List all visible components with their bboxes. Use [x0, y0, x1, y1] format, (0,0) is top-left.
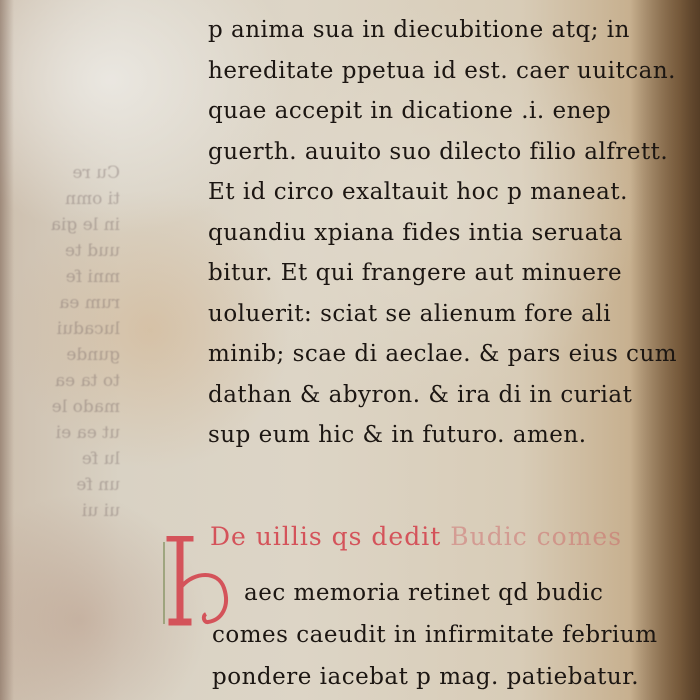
bleed-line: ti omn: [0, 186, 120, 212]
text-line: aec memoria retinet qd budic: [212, 572, 682, 614]
text-line: comes caeudit in infirmitate febrium: [212, 614, 682, 656]
bleed-line: to ta ea: [0, 368, 120, 394]
bleed-line: mni fe: [0, 264, 120, 290]
text-line: sup eum hic & in futuro. amen.: [208, 415, 678, 456]
bleed-line: lucadui: [0, 316, 120, 342]
bleed-line: mado le: [0, 394, 120, 420]
bleed-line: Cu re: [0, 160, 120, 186]
text-line: Et id circo exaltauit hoc p maneat.: [208, 172, 678, 213]
bleed-line: rum ea: [0, 290, 120, 316]
text-line: p anima sua in diecubitione atq; in: [208, 10, 678, 51]
text-line: quae accepit in dicatione .i. enep: [208, 91, 678, 132]
text-line: minib; scae di aeclae. & pars eius cum: [208, 334, 678, 375]
main-text-block: p anima sua in diecubitione atq; in here…: [208, 10, 678, 456]
manuscript-page: Cu re ti omn in le gia uud te mni fe rum…: [0, 0, 700, 700]
bleed-line: uud te: [0, 238, 120, 264]
bleed-line: ut ea ei: [0, 420, 120, 446]
text-line: guerth. auuito suo dilecto filio alfrett…: [208, 132, 678, 173]
text-line: hereditate ppetua id est. caer uuitcan.: [208, 51, 678, 92]
text-line: quandiu xpiana fides intia seruata: [208, 213, 678, 254]
lower-text-block: aec memoria retinet qd budic comes caeud…: [212, 572, 682, 698]
bleed-line: un fe: [0, 472, 120, 498]
text-line: pondere iacebat p mag. patiebatur.: [212, 656, 682, 698]
bleed-through-text: Cu re ti omn in le gia uud te mni fe rum…: [0, 160, 120, 524]
text-line: bitur. Et qui frangere aut minuere: [208, 253, 678, 294]
bleed-line: ui ui: [0, 498, 120, 524]
text-line: uoluerit: sciat se alienum fore ali: [208, 294, 678, 335]
rubric-visible-text: De uillis qs dedit: [210, 522, 441, 551]
bleed-line: lu fe: [0, 446, 120, 472]
bleed-line: in le gia: [0, 212, 120, 238]
bleed-line: gunde: [0, 342, 120, 368]
text-line: dathan & abyron. & ira di in curiat: [208, 375, 678, 416]
rubric-faded-text: Budic comes: [450, 522, 622, 551]
rubric-heading: De uillis qs dedit Budic comes: [210, 522, 622, 551]
